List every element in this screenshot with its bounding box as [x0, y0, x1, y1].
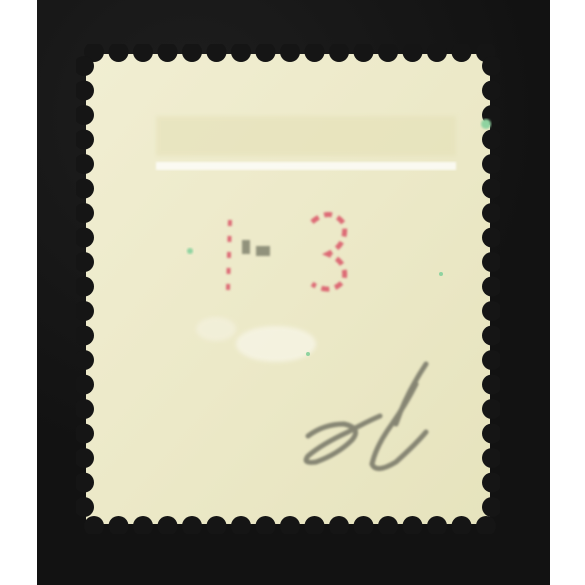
green-speck — [439, 272, 443, 276]
stamp-back — [76, 44, 500, 534]
light-reflection — [156, 162, 456, 170]
thin-spot — [196, 317, 236, 341]
green-speck — [187, 248, 193, 254]
stamp-paper-svg — [76, 44, 500, 534]
green-speck — [306, 352, 310, 356]
hinge-residue — [156, 116, 456, 156]
green-speck — [481, 119, 491, 129]
thin-spot — [236, 326, 316, 362]
